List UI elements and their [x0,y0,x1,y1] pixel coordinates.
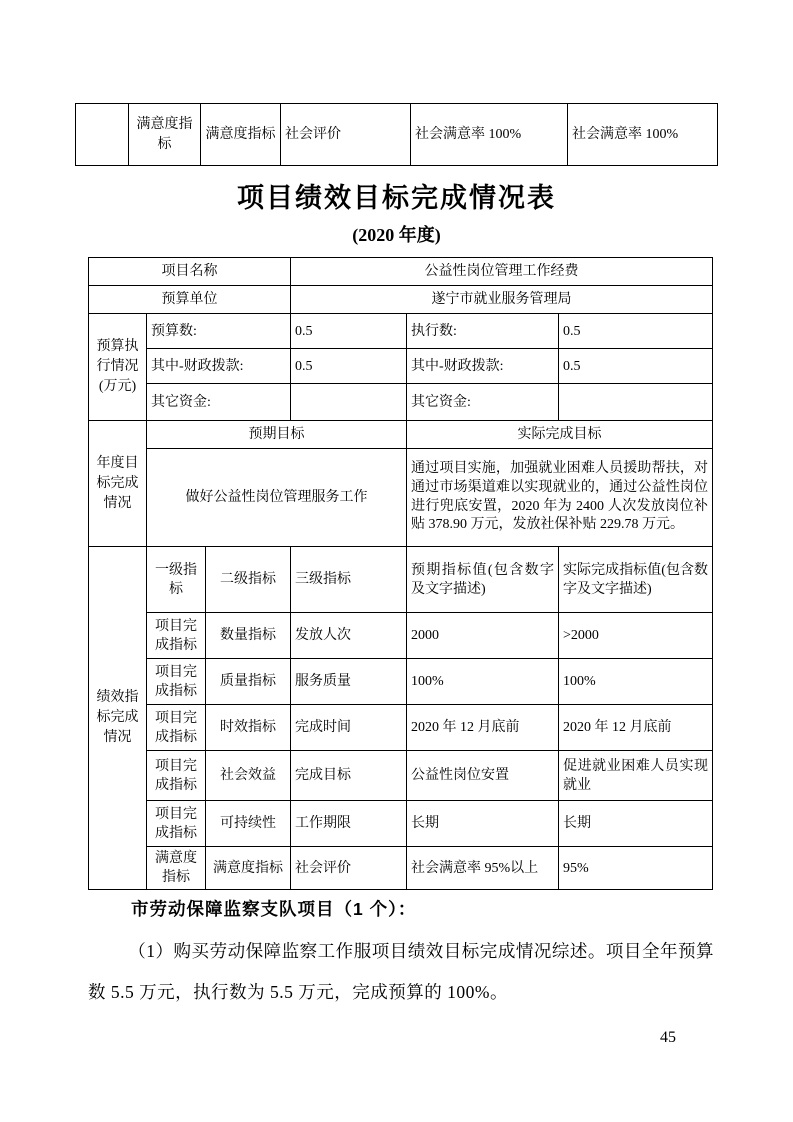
actual-goal-value: 通过项目实施，加强就业困难人员援助帮扶，对通过市场渠道难以实现就业的，通过公益性… [407,449,713,547]
budget-value: 0.5 [291,314,407,349]
project-name-value: 公益性岗位管理工作经费 [291,258,713,286]
table-row-budget-3: 其它资金: 其它资金: [89,384,713,421]
budget-label: 其它资金: [147,384,291,421]
perf-cell: 完成时间 [291,705,407,751]
project-name-label: 项目名称 [89,258,291,286]
performance-table: 项目名称 公益性岗位管理工作经费 预算单位 遂宁市就业服务管理局 预算执行情况(… [88,257,713,890]
perf-cell: 促进就业困难人员实现就业 [559,751,713,801]
table-row-goal-content: 做好公益性岗位管理服务工作 通过项目实施，加强就业困难人员援助帮扶，对通过市场渠… [89,449,713,547]
perf-header-level3: 三级指标 [291,547,407,613]
table-row-perf-quantity: 项目完成指标 数量指标 发放人次 2000 >2000 [89,613,713,659]
perf-cell: 95% [559,847,713,890]
budget-value: 0.5 [291,349,407,384]
perf-cell: 社会评价 [291,847,407,890]
budget-section-label: 预算执行情况(万元) [89,314,147,421]
perf-cell: 时效指标 [206,705,291,751]
perf-cell: 长期 [407,801,559,847]
table-row-project-name: 项目名称 公益性岗位管理工作经费 [89,258,713,286]
previous-page-table-continuation: 满意度指标 满意度指标 社会评价 社会满意率 100% 社会满意率 100% [75,103,718,166]
perf-cell: 工作期限 [291,801,407,847]
perf-cell: 满意度指标 [147,847,206,890]
page-number: 45 [660,1029,676,1047]
page-subtitle: (2020 年度) [0,221,793,247]
table-row-perf-satisfaction: 满意度指标 满意度指标 社会评价 社会满意率 95%以上 95% [89,847,713,890]
perf-header-level2: 二级指标 [206,547,291,613]
table-row-perf-sustain: 项目完成指标 可持续性 工作期限 长期 长期 [89,801,713,847]
perf-cell: 项目完成指标 [147,705,206,751]
perf-cell: 项目完成指标 [147,751,206,801]
annual-section-label: 年度目标完成情况 [89,421,147,547]
perf-header-level1: 一级指标 [147,547,206,613]
budget-value [291,384,407,421]
perf-cell: 项目完成指标 [147,659,206,705]
table-row: 满意度指标 满意度指标 社会评价 社会满意率 100% 社会满意率 100% [76,104,718,166]
budget-label: 其中-财政拨款: [147,349,291,384]
perf-cell: >2000 [559,613,713,659]
budget-unit-label: 预算单位 [89,286,291,314]
table-cell-level3-indicator: 社会评价 [281,104,411,166]
table-row-budget-1: 预算执行情况(万元) 预算数: 0.5 执行数: 0.5 [89,314,713,349]
budget-value [559,384,713,421]
table-row-perf-time: 项目完成指标 时效指标 完成时间 2020 年 12 月底前 2020 年 12… [89,705,713,751]
perf-cell: 发放人次 [291,613,407,659]
actual-goal-header: 实际完成目标 [407,421,713,449]
table-cell-expected-value: 社会满意率 100% [411,104,568,166]
perf-header-actual: 实际完成指标值(包含数字及文字描述) [559,547,713,613]
budget-label: 预算数: [147,314,291,349]
perf-cell: 2020 年 12 月底前 [559,705,713,751]
table-row-perf-social: 项目完成指标 社会效益 完成目标 公益性岗位安置 促进就业困难人员实现就业 [89,751,713,801]
table-cell-actual-value: 社会满意率 100% [568,104,718,166]
budget-label: 其中-财政拨款: [407,349,559,384]
perf-cell: 项目完成指标 [147,801,206,847]
budget-unit-value: 遂宁市就业服务管理局 [291,286,713,314]
perf-cell: 满意度指标 [206,847,291,890]
budget-label: 执行数: [407,314,559,349]
perf-cell: 100% [559,659,713,705]
page-title: 项目绩效目标完成情况表 [0,176,793,215]
budget-value: 0.5 [559,314,713,349]
table-cell-level1-indicator: 满意度指标 [129,104,201,166]
table-row-perf-quality: 项目完成指标 质量指标 服务质量 100% 100% [89,659,713,705]
perf-cell: 数量指标 [206,613,291,659]
table-row-budget-2: 其中-财政拨款: 0.5 其中-财政拨款: 0.5 [89,349,713,384]
document-page: 满意度指标 满意度指标 社会评价 社会满意率 100% 社会满意率 100% 项… [0,0,793,1122]
summary-paragraph: （1）购买劳动保障监察工作服项目绩效目标完成情况综述。项目全年预算数 5.5 万… [88,931,714,1013]
perf-cell: 服务质量 [291,659,407,705]
expected-goal-header: 预期目标 [147,421,407,449]
budget-value: 0.5 [559,349,713,384]
perf-header-expected: 预期指标值(包含数字及文字描述) [407,547,559,613]
perf-cell: 2020 年 12 月底前 [407,705,559,751]
perf-cell: 项目完成指标 [147,613,206,659]
table-row-budget-unit: 预算单位 遂宁市就业服务管理局 [89,286,713,314]
perf-cell: 社会效益 [206,751,291,801]
table-row-perf-header: 绩效指标完成情况 一级指标 二级指标 三级指标 预期指标值(包含数字及文字描述)… [89,547,713,613]
perf-section-label: 绩效指标完成情况 [89,547,147,890]
perf-cell: 社会满意率 95%以上 [407,847,559,890]
perf-cell: 长期 [559,801,713,847]
expected-goal-value: 做好公益性岗位管理服务工作 [147,449,407,547]
perf-cell: 2000 [407,613,559,659]
table-row-goal-header: 年度目标完成情况 预期目标 实际完成目标 [89,421,713,449]
table-cell-level2-indicator: 满意度指标 [201,104,281,166]
budget-label: 其它资金: [407,384,559,421]
perf-cell: 完成目标 [291,751,407,801]
perf-cell: 可持续性 [206,801,291,847]
perf-cell: 100% [407,659,559,705]
perf-cell: 公益性岗位安置 [407,751,559,801]
section-heading: 市劳动保障监察支队项目（1 个）： [131,896,416,921]
table-cell-empty [76,104,129,166]
perf-cell: 质量指标 [206,659,291,705]
